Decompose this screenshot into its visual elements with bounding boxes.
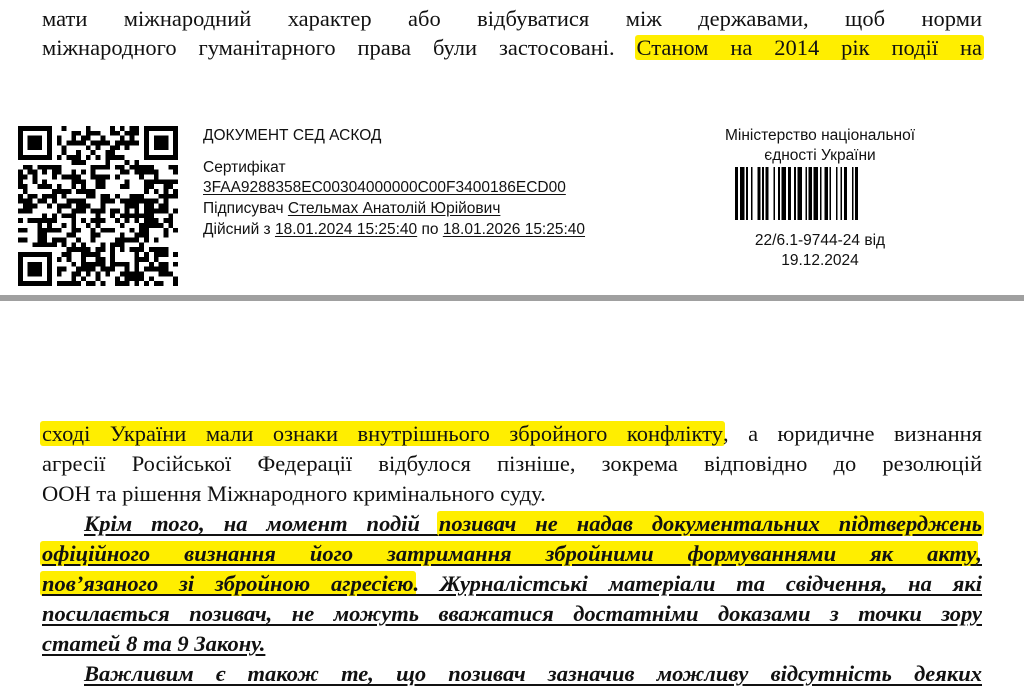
body-text: мати міжнародний характер або відбуватис… — [42, 6, 982, 31]
text-line: агресії Російської Федерації відбулося п… — [42, 449, 982, 479]
text-line: ООН та рішення Міжнародного кримінальног… — [42, 479, 982, 509]
validity-row: Дійсний з 18.01.2024 15:25:40 по 18.01.2… — [203, 220, 585, 240]
highlighted-emphasis-text: офіційного визнання його затримання збро… — [40, 541, 978, 566]
qr-code-icon — [18, 126, 178, 286]
emphasis-text: Важливим є також те, що позивач зазначив… — [84, 661, 982, 686]
highlighted-emphasis-text: пов’язаного зі збройною агресією — [40, 571, 416, 596]
signer-row: Підписувач Стельмах Анатолій Юрійович — [203, 199, 500, 219]
emphasis-text: посилається позивач, не можуть вважатися… — [42, 601, 982, 626]
text-line: посилається позивач, не можуть вважатися… — [42, 599, 982, 629]
organization-line: Міністерство національної — [690, 126, 950, 146]
emphasis-text: . Журналістські матеріали та свідчення, … — [414, 571, 983, 596]
registration-line: 19.12.2024 — [690, 251, 950, 271]
text-line: Важливим є також те, що позивач зазначив… — [84, 659, 982, 687]
text-line: офіційного визнання його затримання збро… — [42, 539, 982, 569]
certificate-label: Сертифікат — [203, 158, 286, 178]
page-separator — [0, 295, 1024, 301]
highlighted-emphasis-text: позивач не надав документальних підтверд… — [437, 511, 984, 536]
body-text: агресії Російської Федерації відбулося п… — [42, 451, 982, 476]
text-line: сході України мали ознаки внутрішнього з… — [42, 419, 982, 449]
emphasis-text: статей 8 та 9 Закону. — [42, 631, 265, 656]
barcode-icon — [735, 167, 893, 220]
text-line: мати міжнародний характер або відбуватис… — [42, 4, 982, 34]
body-text: , а юридичне визнання — [723, 421, 982, 446]
emphasis-text: , — [976, 541, 982, 566]
valid-label: Дійсний з — [203, 221, 275, 238]
body-text: ООН та рішення Міжнародного кримінальног… — [42, 481, 546, 506]
valid-from: 18.01.2024 15:25:40 — [275, 221, 417, 238]
certificate-id: 3FAA9288358EC00304000000C00F3400186ECD00 — [203, 178, 566, 198]
organization-line: єдності України — [690, 146, 950, 166]
text-line: пов’язаного зі збройною агресією. Журнал… — [42, 569, 982, 599]
text-line: міжнародного гуманітарного права були за… — [42, 33, 982, 63]
signer-name: Стельмах Анатолій Юрійович — [288, 200, 500, 217]
emphasis-text: Крім того, на момент подій — [84, 511, 439, 536]
organization-name: Міністерство національної єдності Україн… — [690, 126, 950, 166]
body-text: міжнародного гуманітарного права були за… — [42, 35, 637, 60]
stamp-title: ДОКУМЕНТ СЕД АСКОД — [203, 126, 381, 146]
registration-line: 22/6.1-9744-24 від — [690, 231, 950, 251]
valid-to-label: по — [417, 221, 443, 238]
text-line: статей 8 та 9 Закону. — [42, 629, 982, 659]
valid-to: 18.01.2026 15:25:40 — [443, 221, 585, 238]
signer-label: Підписувач — [203, 200, 288, 217]
text-line: Крім того, на момент подій позивач не на… — [84, 509, 982, 539]
registration-number: 22/6.1-9744-24 від 19.12.2024 — [690, 231, 950, 271]
highlighted-text: Станом на 2014 рік події на — [635, 35, 984, 60]
highlighted-text: сході України мали ознаки внутрішнього з… — [40, 421, 725, 446]
